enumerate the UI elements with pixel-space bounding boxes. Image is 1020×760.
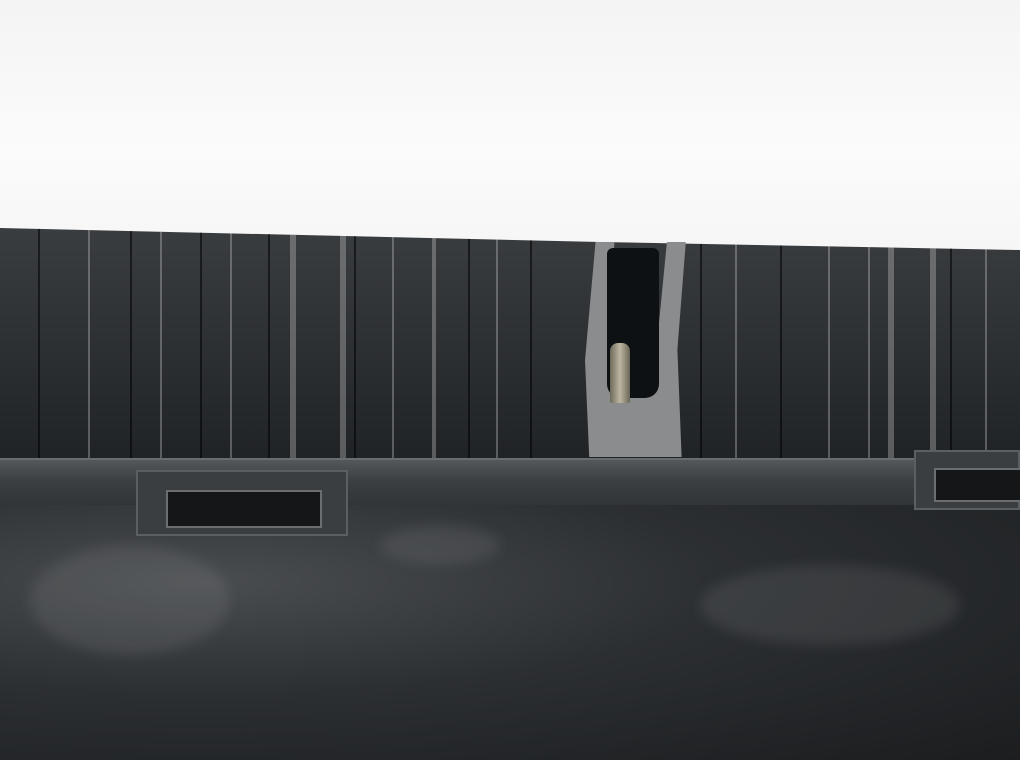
rib xyxy=(200,228,202,468)
white-background xyxy=(0,0,1020,250)
rib xyxy=(38,228,40,468)
lower-body xyxy=(0,505,1020,760)
rib xyxy=(735,228,737,468)
rib xyxy=(392,228,394,468)
ribbed-panel xyxy=(0,228,1020,468)
rib xyxy=(468,228,470,468)
rib xyxy=(130,228,132,468)
rib xyxy=(340,228,346,468)
rib xyxy=(432,228,436,468)
scuff-mark xyxy=(700,565,960,645)
rib xyxy=(868,228,870,468)
photo-scene xyxy=(0,0,1020,760)
rib xyxy=(780,228,782,468)
rib xyxy=(985,228,987,468)
rib xyxy=(828,228,830,468)
scuff-mark xyxy=(380,525,500,565)
rib xyxy=(290,228,296,468)
rib xyxy=(888,228,894,468)
rib xyxy=(354,228,356,468)
metal-pin xyxy=(610,343,630,403)
rib xyxy=(268,228,270,468)
scuff-mark xyxy=(30,545,230,655)
rib xyxy=(230,228,232,468)
rib xyxy=(530,228,532,468)
rib xyxy=(160,228,162,468)
rib xyxy=(496,228,498,468)
rib xyxy=(950,228,952,468)
rib xyxy=(930,228,936,468)
rib xyxy=(700,228,702,468)
slot-right xyxy=(934,468,1020,502)
slot-left xyxy=(166,490,322,528)
rib xyxy=(88,228,90,468)
